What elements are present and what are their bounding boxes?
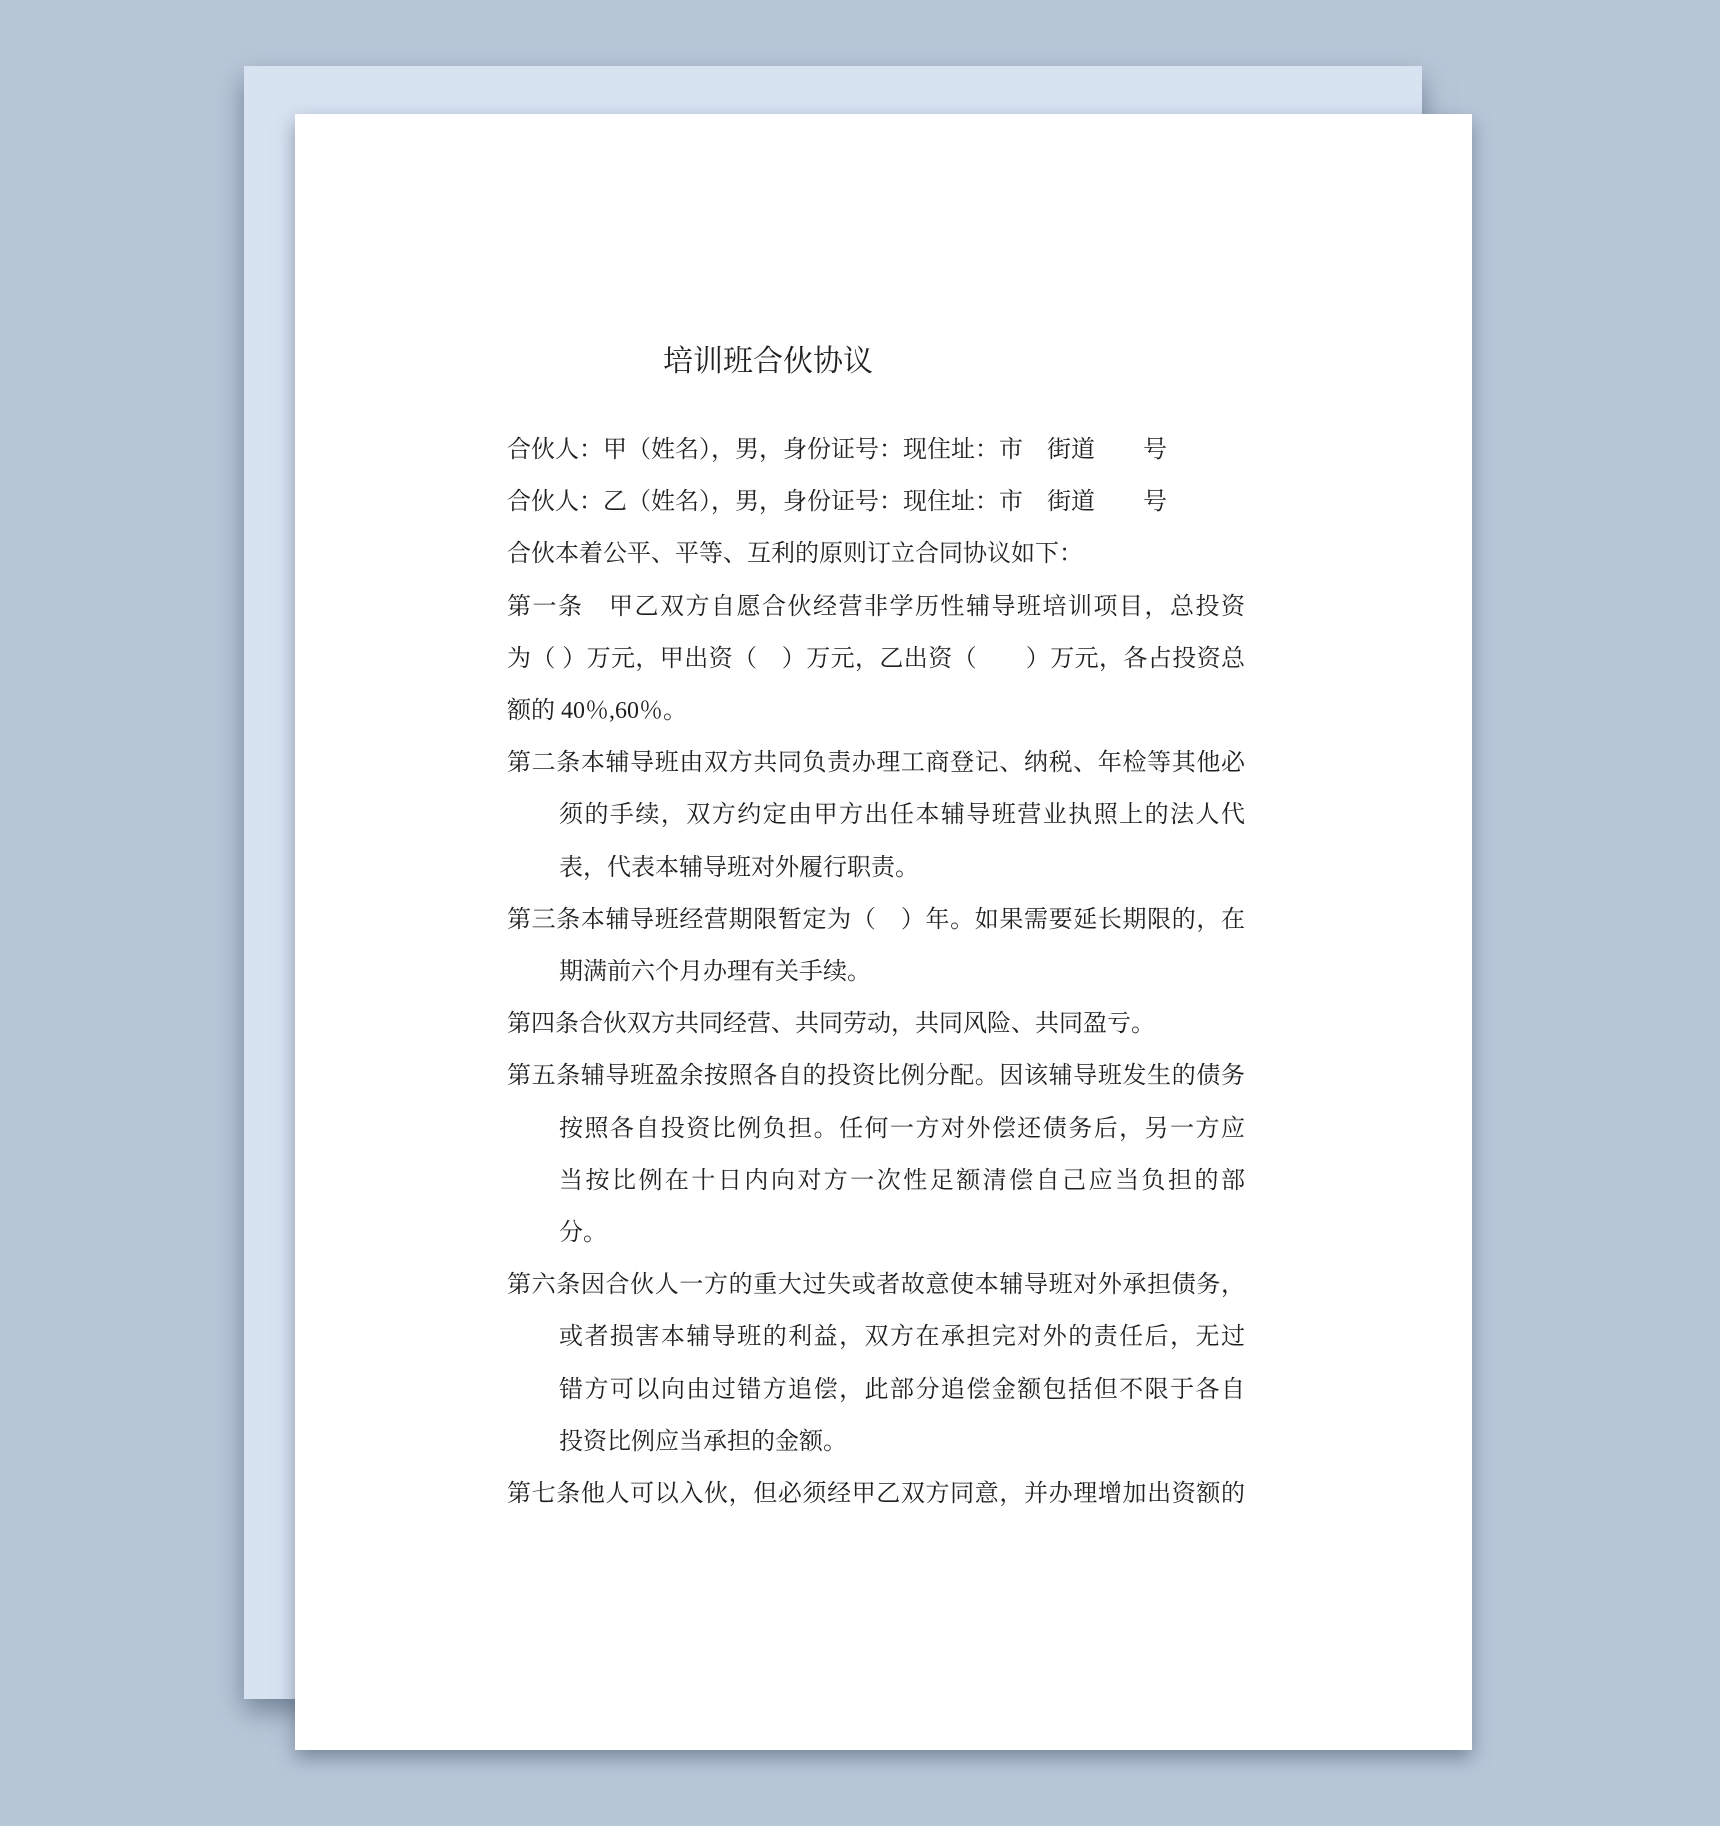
desktop-background: { "theme": { "background_color": "#b8c7d… [0,0,1720,1826]
document-line: 合伙人：乙（姓名），男，身份证号：现住址：市 街道 号 [507,476,1245,528]
document-line: 分。 [507,1207,1245,1259]
document-line: 为（ ）万元，甲出资（ ）万元，乙出资（ ）万元，各占投资总 [507,633,1245,685]
document-line: 合伙本着公平、平等、互利的原则订立合同协议如下： [507,528,1245,580]
document-line: 按照各自投资比例负担。任何一方对外偿还债务后，另一方应 [507,1103,1245,1155]
document-line: 第四条合伙双方共同经营、共同劳动，共同风险、共同盈亏。 [507,998,1245,1050]
document-line: 第七条他人可以入伙，但必须经甲乙双方同意，并办理增加出资额的 [507,1468,1245,1520]
document-line: 第六条因合伙人一方的重大过失或者故意使本辅导班对外承担债务， [507,1259,1245,1311]
document-title: 培训班合伙协议 [399,340,1137,384]
document-line: 当按比例在十日内向对方一次性足额清偿自己应当负担的部 [507,1155,1245,1207]
document-line: 额的 40％,60％。 [507,685,1245,737]
document-lines: 合伙人：甲（姓名），男，身份证号：现住址：市 街道 号合伙人：乙（姓名），男，身… [507,424,1245,1520]
document-line: 或者损害本辅导班的利益，双方在承担完对外的责任后，无过 [507,1311,1245,1363]
document-line: 第二条本辅导班由双方共同负责办理工商登记、纳税、年检等其他必 [507,737,1245,789]
document-line: 期满前六个月办理有关手续。 [507,946,1245,998]
document-line: 错方可以向由过错方追偿，此部分追偿金额包括但不限于各自 [507,1364,1245,1416]
document-line: 第三条本辅导班经营期限暂定为（ ）年。如果需要延长期限的，在 [507,894,1245,946]
document-line: 表，代表本辅导班对外履行职责。 [507,842,1245,894]
document-content: 培训班合伙协议 合伙人：甲（姓名），男，身份证号：现住址：市 街道 号合伙人：乙… [507,114,1245,1520]
document-line: 合伙人：甲（姓名），男，身份证号：现住址：市 街道 号 [507,424,1245,476]
document-page: 培训班合伙协议 合伙人：甲（姓名），男，身份证号：现住址：市 街道 号合伙人：乙… [295,114,1472,1750]
document-line: 投资比例应当承担的金额。 [507,1416,1245,1468]
document-line: 须的手续，双方约定由甲方出任本辅导班营业执照上的法人代 [507,789,1245,841]
document-line: 第五条辅导班盈余按照各自的投资比例分配。因该辅导班发生的债务 [507,1050,1245,1102]
document-line: 第一条 甲乙双方自愿合伙经营非学历性辅导班培训项目，总投资 [507,581,1245,633]
